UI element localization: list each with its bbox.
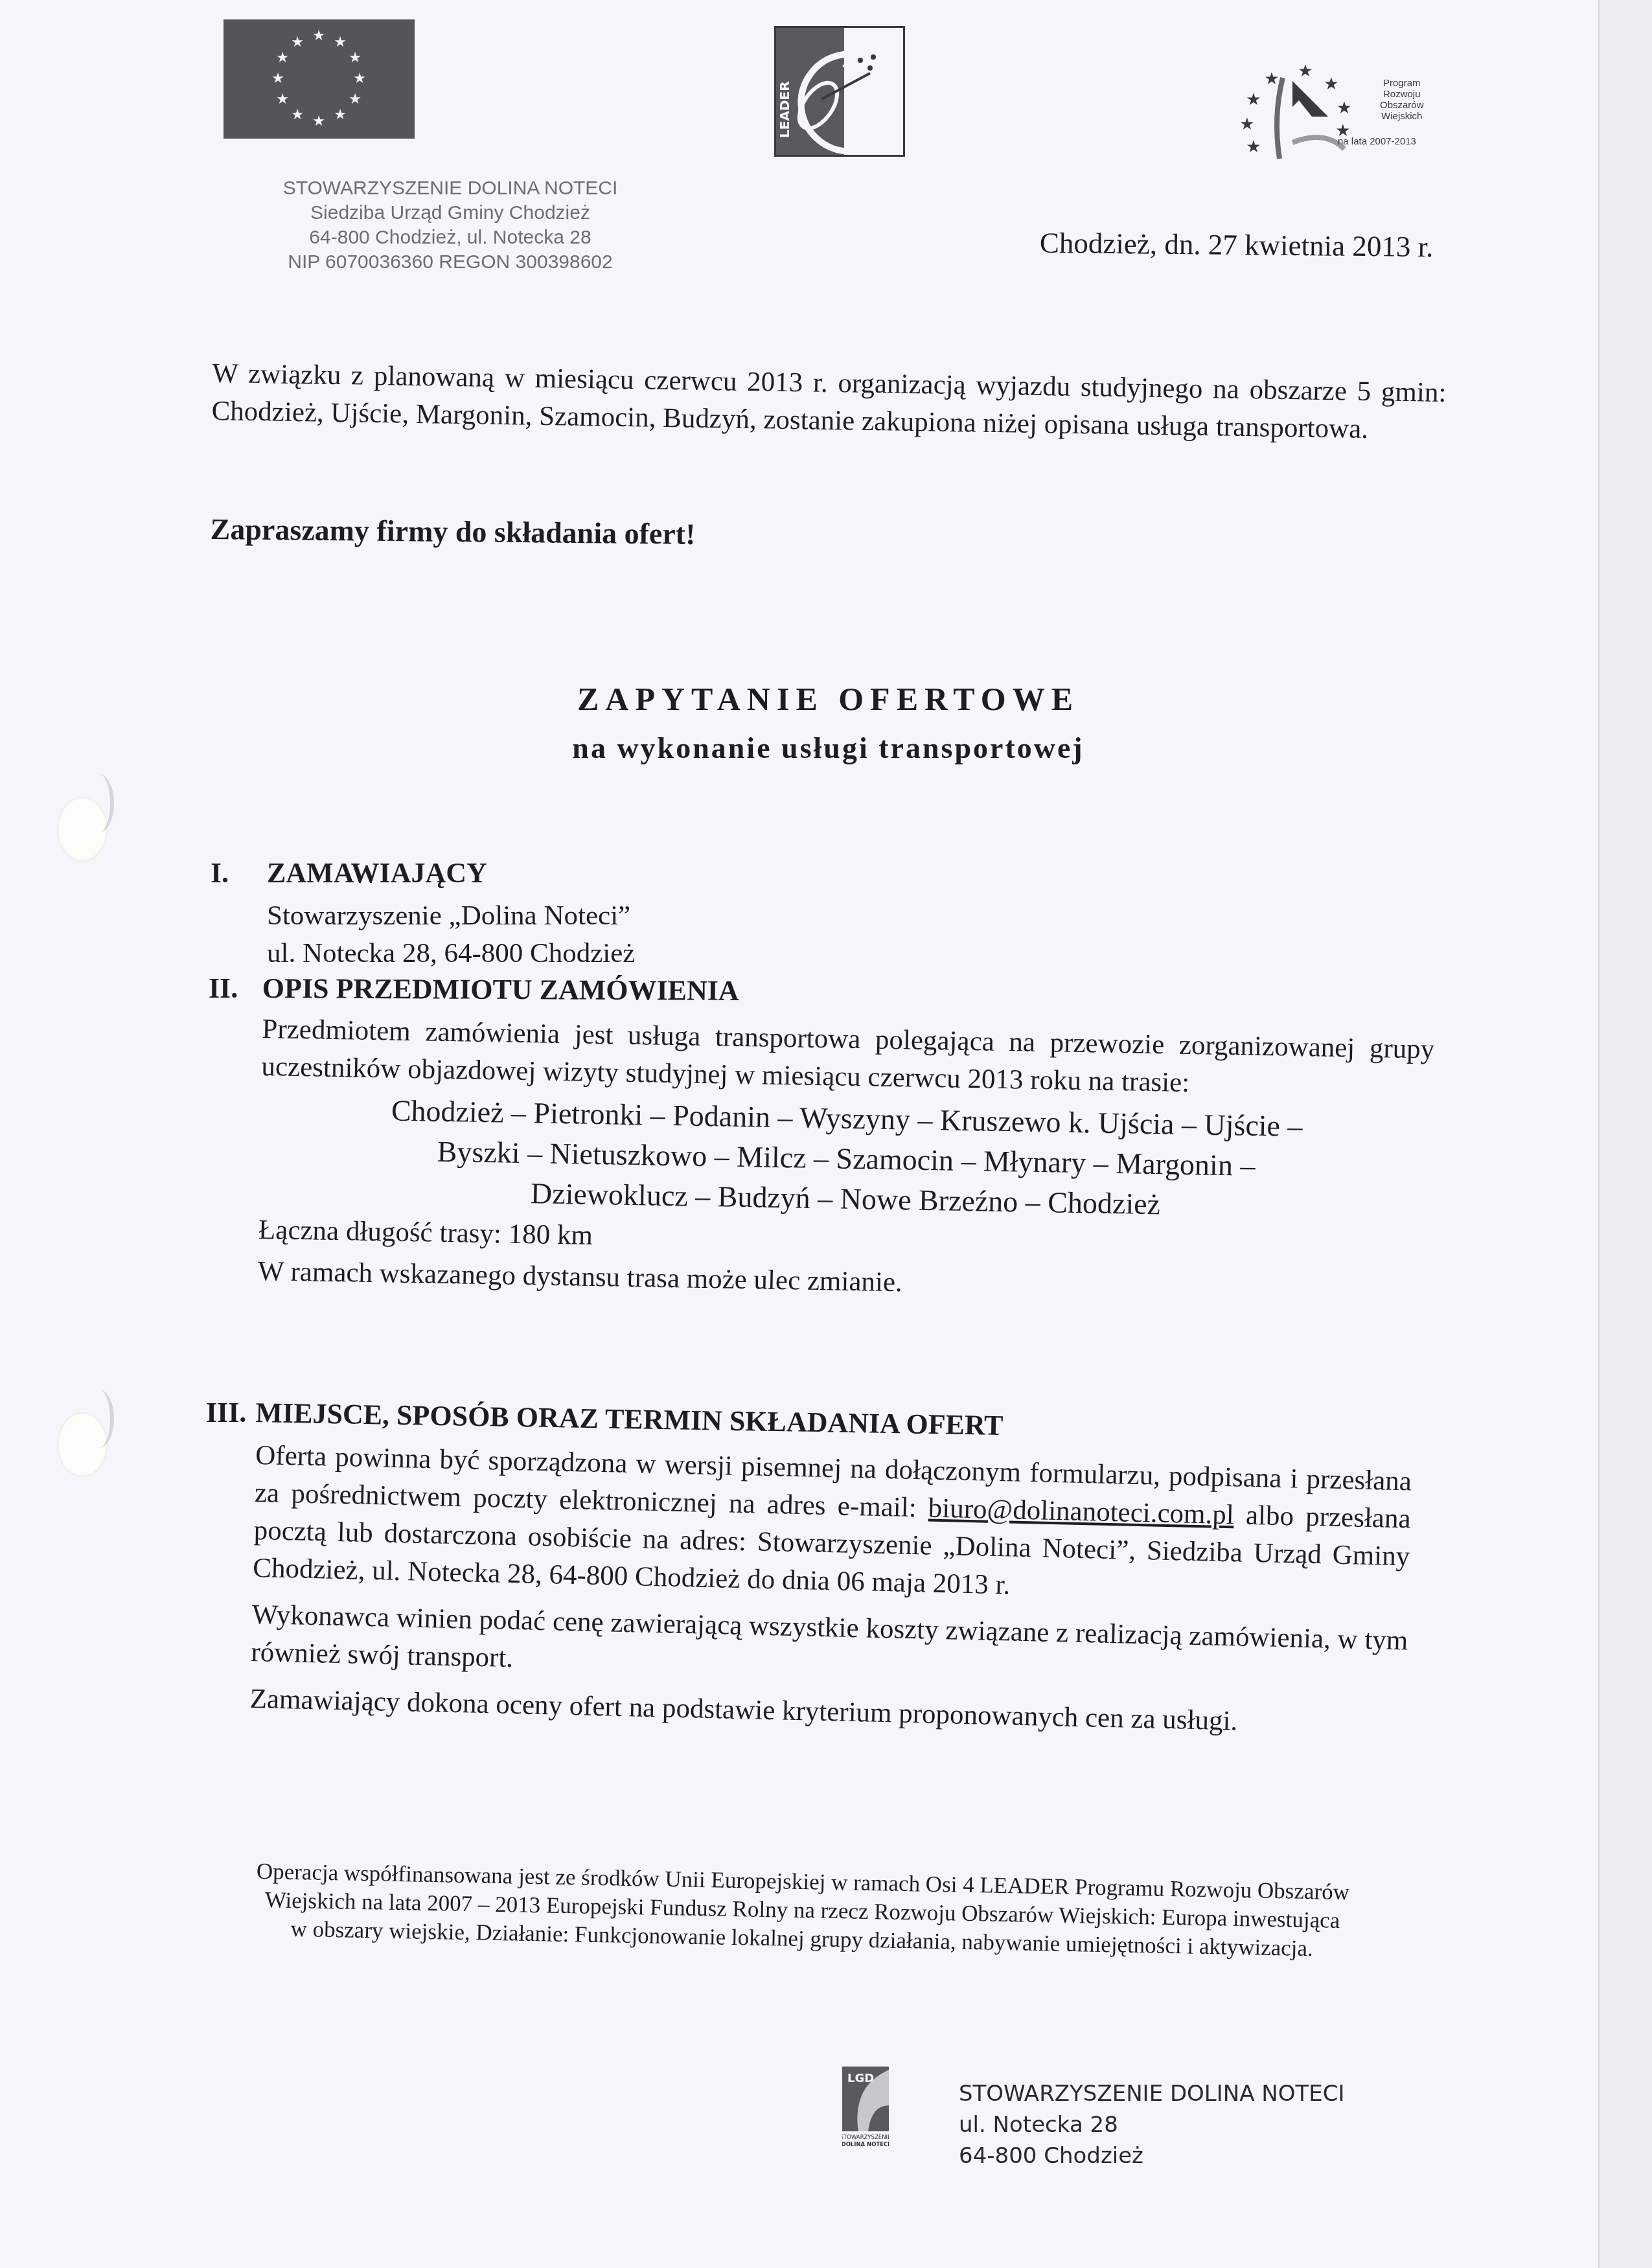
eu-stars-icon: ★ ★ ★ ★ ★ ★ ★ ★ ★ ★ ★ ★: [224, 19, 415, 139]
svg-text:★: ★: [271, 71, 284, 87]
svg-text:LGD: LGD: [847, 2072, 874, 2085]
stamp-line: STOWARZYSZENIE DOLINA NOTECI: [256, 176, 645, 201]
stamp-line: 64-800 Chodzież, ul. Notecka 28: [256, 225, 645, 250]
svg-text:★: ★: [349, 50, 361, 66]
leader-emblem-icon: LEADER: [776, 28, 903, 155]
prow-years: na lata 2007-2013: [1338, 136, 1416, 147]
svg-text:DOLINA NOTECI: DOLINA NOTECI: [842, 2142, 889, 2148]
document-subtitle: na wykonanie usługi transportowej: [0, 731, 1598, 765]
invitation-text: Zapraszamy firmy do składania ofert!: [210, 512, 695, 551]
document-title: ZAPYTANIE OFERTOWE: [0, 680, 1598, 718]
prow-text: Program Rozwoju Obszarów Wiejskich: [1380, 78, 1424, 122]
svg-text:LEADER: LEADER: [777, 81, 792, 138]
document-page: ★ ★ ★ ★ ★ ★ ★ ★ ★ ★ ★ ★: [0, 0, 1600, 2268]
prow-line: Program: [1380, 78, 1424, 89]
svg-text:★: ★: [1246, 90, 1261, 109]
svg-text:★: ★: [312, 28, 325, 44]
svg-text:★: ★: [334, 107, 347, 123]
address-line: STOWARZYSZENIE DOLINA NOTECI: [959, 2078, 1345, 2109]
address-line: ul. Notecka 28: [959, 2109, 1345, 2140]
ordering-party-address: ul. Notecka 28, 64-800 Chodzież: [267, 935, 635, 972]
prow-line: Rozwoju: [1380, 89, 1424, 100]
section-number: III.: [206, 1396, 246, 1429]
submission-paragraph: Oferta powinna być sporządzona w wersji …: [253, 1437, 1412, 1613]
eu-flag-logo: ★ ★ ★ ★ ★ ★ ★ ★ ★ ★ ★ ★: [224, 19, 415, 139]
organization-address: STOWARZYSZENIE DOLINA NOTECI ul. Notecka…: [959, 2078, 1345, 2171]
svg-text:★: ★: [312, 113, 325, 130]
section-title: OPIS PRZEDMIOTU ZAMÓWIENIA: [262, 972, 739, 1007]
stamp-line: Siedziba Urząd Gminy Chodzież: [256, 201, 645, 225]
price-paragraph: Wykonawca winien podać cenę zawierającą …: [251, 1596, 1408, 1697]
svg-text:★: ★: [276, 50, 289, 66]
email-link[interactable]: biuro@dolinanoteci.com.pl: [928, 1493, 1234, 1531]
address-line: 64-800 Chodzież: [959, 2140, 1345, 2171]
svg-text:★: ★: [1324, 74, 1338, 94]
intro-paragraph: W związku z planowaną w miesiącu czerwcu…: [211, 355, 1447, 450]
section-title: MIEJSCE, SPOSÓB ORAZ TERMIN SKŁADANIA OF…: [255, 1396, 1004, 1442]
document-date: Chodzież, dn. 27 kwietnia 2013 r.: [1040, 226, 1434, 264]
svg-text:★: ★: [1246, 137, 1261, 157]
lgd-logo: LGD STOWARZYSZENIE DOLINA NOTECI: [842, 2067, 889, 2148]
section-body: Stowarzyszenie „Dolina Noteci” ul. Notec…: [267, 897, 635, 972]
svg-text:★: ★: [276, 91, 289, 108]
svg-text:★: ★: [334, 34, 347, 51]
punch-hole-shadow: [84, 774, 114, 832]
punch-hole-shadow: [84, 1390, 114, 1448]
section-title: ZAMAWIAJĄCY: [267, 856, 487, 889]
svg-text:★: ★: [353, 71, 366, 87]
ordering-party-name: Stowarzyszenie „Dolina Noteci”: [267, 897, 635, 935]
svg-text:★: ★: [1239, 115, 1254, 134]
leader-logo: LEADER: [774, 26, 905, 157]
prow-line: Obszarów: [1380, 100, 1424, 111]
svg-text:★: ★: [1264, 69, 1279, 89]
section-body: Oferta powinna być sporządzona w wersji …: [249, 1437, 1412, 1753]
section-number: I.: [211, 856, 229, 889]
section-number: II.: [209, 972, 238, 1005]
svg-text:★: ★: [291, 107, 304, 123]
svg-text:★: ★: [349, 91, 361, 108]
section-body: Przedmiotem zamówienia jest usługa trans…: [257, 1011, 1434, 1311]
svg-text:★: ★: [1298, 62, 1313, 81]
svg-text:STOWARZYSZENIE: STOWARZYSZENIE: [842, 2135, 889, 2141]
organization-stamp: STOWARZYSZENIE DOLINA NOTECI Siedziba Ur…: [256, 176, 645, 275]
svg-text:★: ★: [1337, 98, 1351, 118]
lgd-emblem-icon: LGD STOWARZYSZENIE DOLINA NOTECI: [842, 2067, 889, 2148]
stamp-line: NIP 6070036360 REGON 300398602: [256, 250, 645, 275]
prow-logo: ★ ★ ★ ★ ★ ★ ★ ★ Program Rozwoju Obszarów…: [1228, 52, 1441, 162]
prow-line: Wiejskich: [1380, 111, 1424, 122]
svg-text:★: ★: [291, 34, 304, 51]
funding-note: Operacja współfinansowana jest ze środkó…: [192, 1856, 1412, 1965]
route-list: Chodzież – Pietronki – Podanin – Wyszyny…: [259, 1088, 1434, 1230]
